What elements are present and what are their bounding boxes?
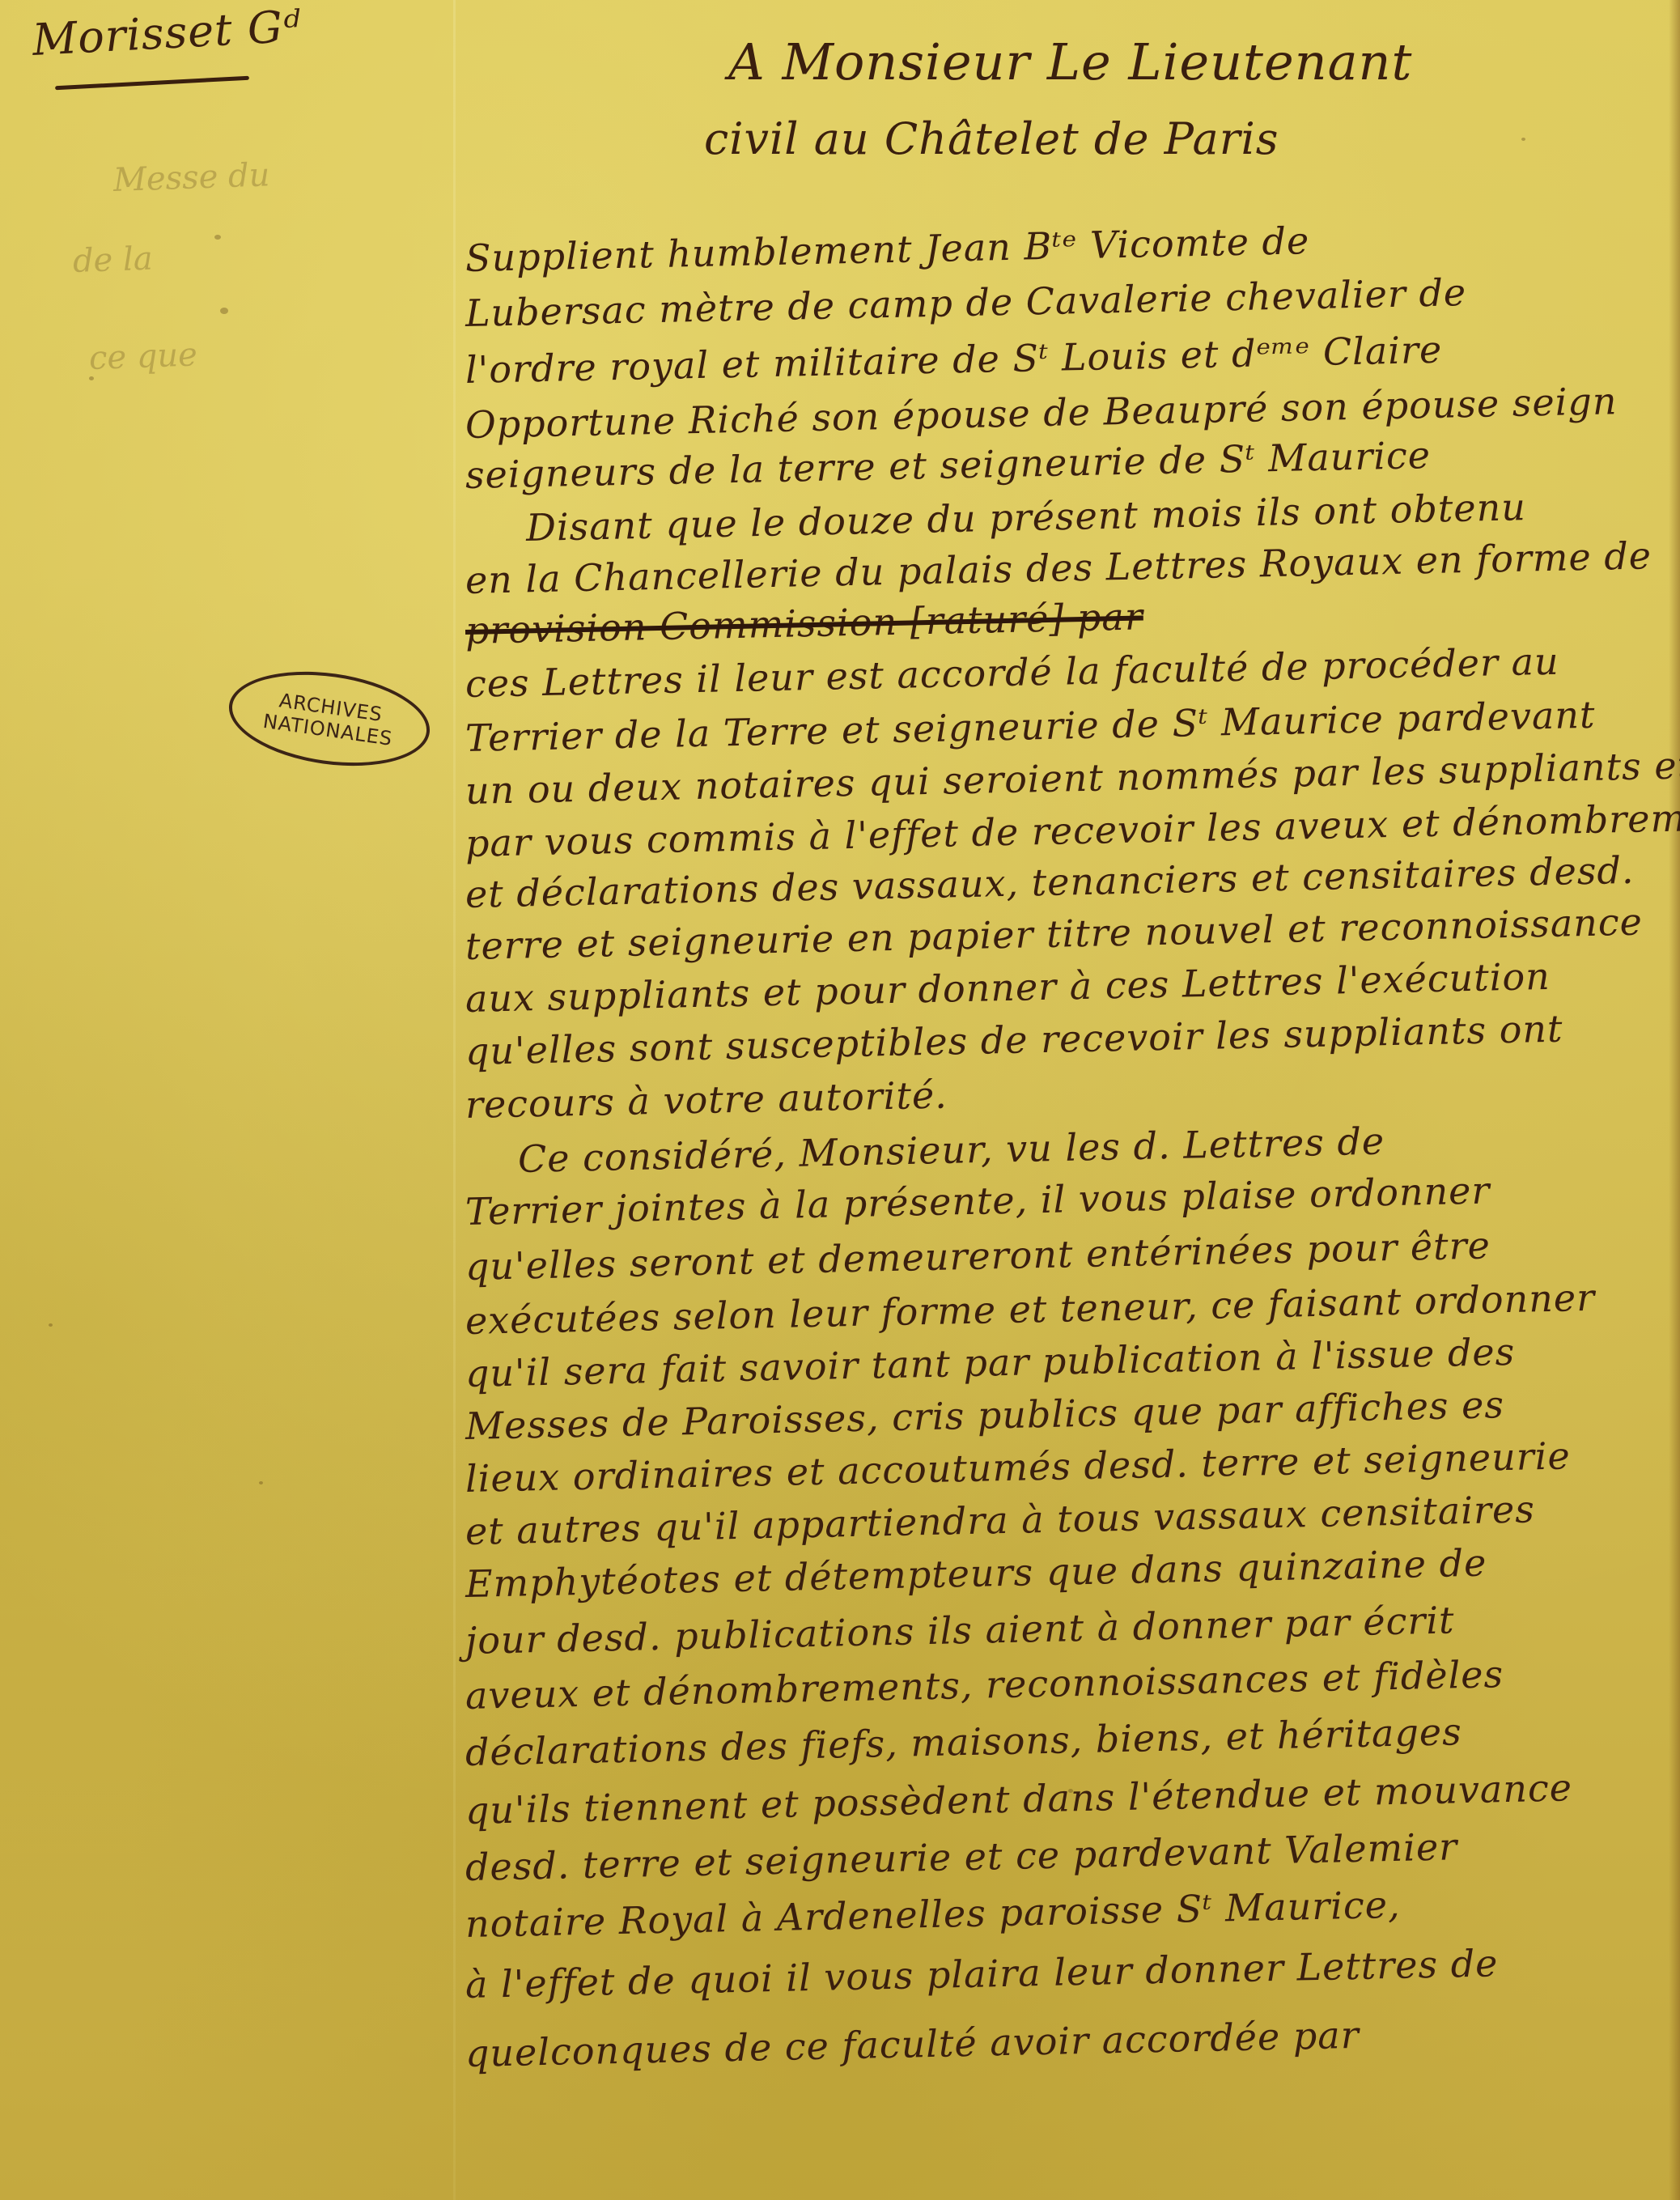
paper-speck [220, 308, 228, 314]
body-line: l'ordre royal et militaire de Sᵗ Louis e… [465, 328, 1442, 392]
show-through-text: Messe du [112, 156, 270, 199]
body-line: recours à votre autorité. [465, 1073, 948, 1127]
body-line: Supplient humblement Jean Bᵗᵉ Vicomte de [465, 219, 1309, 280]
body-line: notaire Royal à Ardenelles paroisse Sᵗ M… [465, 1883, 1401, 1946]
show-through-text: de la [72, 240, 153, 280]
body-line: aveux et dénombrements, reconnoissances … [465, 1652, 1504, 1718]
body-line: Ce considéré, Monsieur, vu les d. Lettre… [517, 1119, 1385, 1181]
body-line: ces Lettres il leur est accordé la facul… [465, 639, 1559, 706]
body-line-struck: provision Commission [raturé] par [465, 594, 1143, 652]
body-line: qu'elles seront et demeureront entérinée… [465, 1223, 1491, 1289]
paper-speck [214, 235, 221, 240]
body-line: Opportune Riché son épouse de Beaupré so… [465, 379, 1618, 447]
body-line: jour desd. publications ils aient à donn… [465, 1598, 1455, 1663]
body-line: déclarations des fiefs, maisons, biens, … [465, 1709, 1462, 1774]
paper-speck [259, 1481, 263, 1484]
body-line: quelconques de ce faculté avoir accordée… [465, 2013, 1360, 2075]
paper-speck [1521, 138, 1525, 141]
body-line: desd. terre et seigneurie et ce pardevan… [465, 1824, 1457, 1889]
body-line: Lubersac mètre de camp de Cavalerie chev… [465, 270, 1466, 335]
paper-fold [453, 0, 456, 2200]
margin-note: Morisset Gᵈ [31, 1, 303, 66]
addressee-line-1: A Monsieur Le Lieutenant [728, 32, 1412, 91]
show-through-text: ce que [88, 336, 197, 377]
body-line: qu'ils tiennent et possèdent dans l'éten… [465, 1765, 1572, 1833]
paper-edge-shadow [1669, 0, 1680, 2200]
margin-note-underline [55, 76, 249, 91]
paper-speck [49, 1323, 53, 1327]
body-line: à l'effet de quoi il vous plaira leur do… [465, 1941, 1498, 2007]
body-line: Emphytéotes et détempteurs que dans quin… [465, 1541, 1487, 1606]
addressee-line-2: civil au Châtelet de Paris [704, 113, 1279, 164]
archives-nationales-stamp: ARCHIVES NATIONALES [223, 660, 435, 778]
manuscript-page: Messe du de la ce que Morisset Gᵈ A Mons… [0, 0, 1680, 2200]
